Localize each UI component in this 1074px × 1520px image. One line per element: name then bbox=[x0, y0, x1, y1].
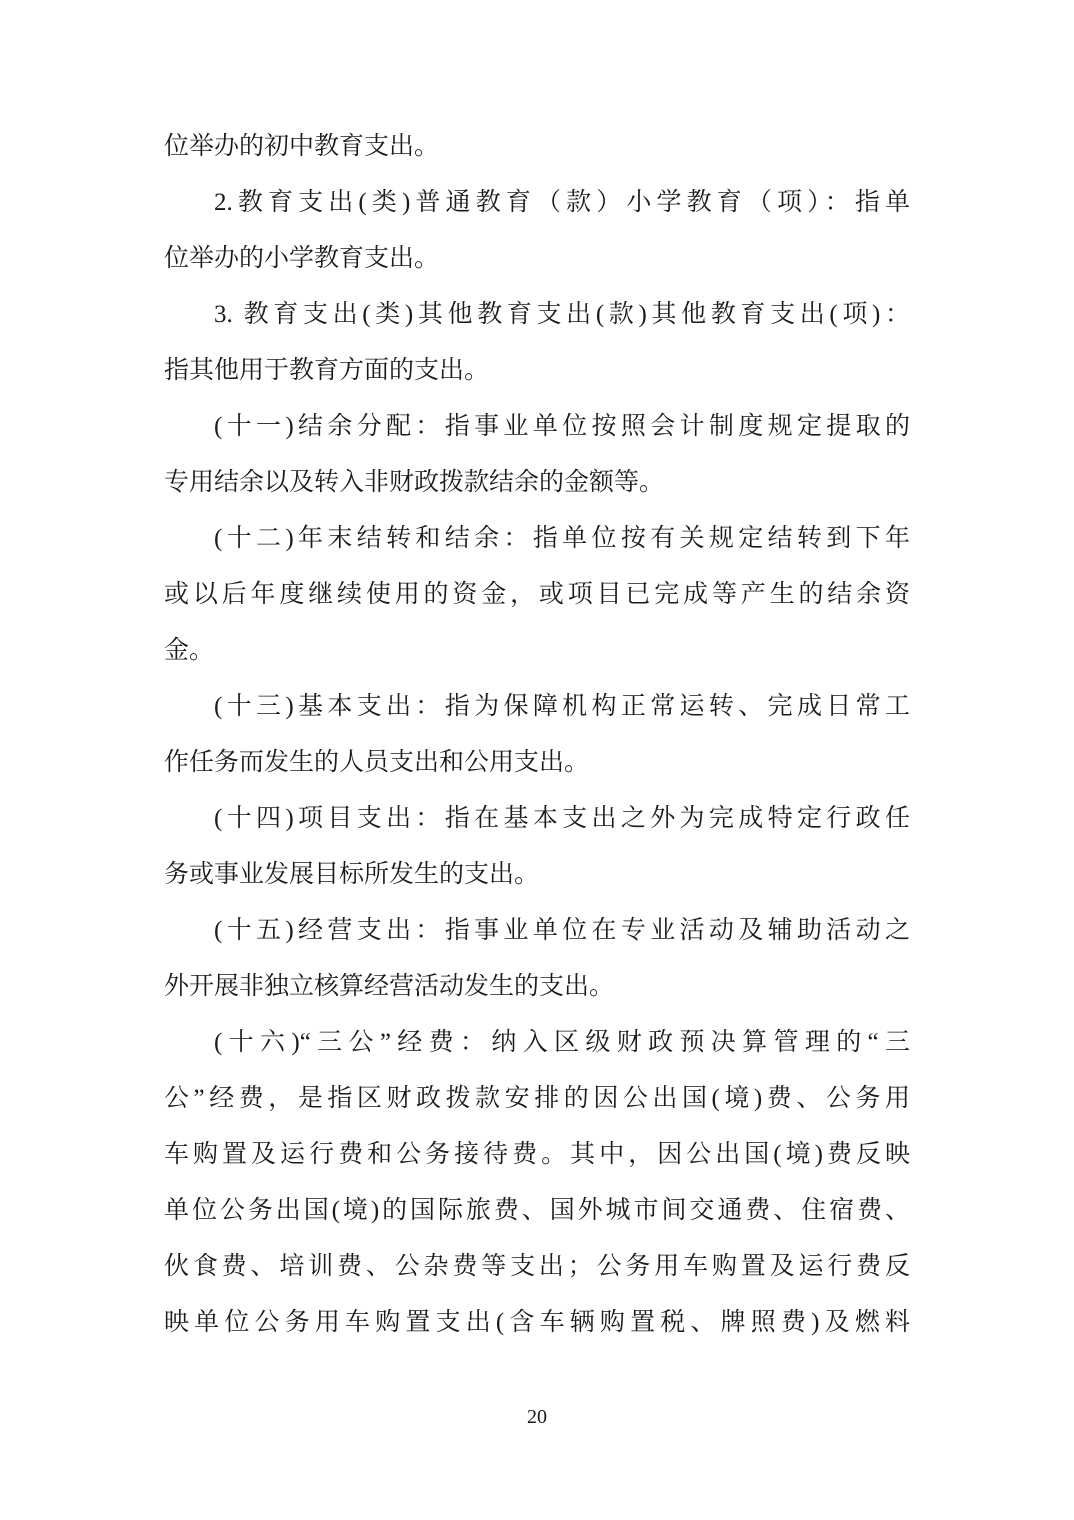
paragraph: (十一)结余分配：指事业单位按照会计制度规定提取的专用结余以及转入非财政拨款结余… bbox=[164, 399, 910, 511]
paragraph: (十三)基本支出：指为保障机构正常运转、完成日常工作任务而发生的人员支出和公用支… bbox=[164, 679, 910, 791]
text-line: 3. 教育支出(类)其他教育支出(款)其他教育支出(项)： bbox=[164, 287, 910, 343]
text-line: 务或事业发展目标所发生的支出。 bbox=[164, 847, 910, 903]
text-line: 专用结余以及转入非财政拨款结余的金额等。 bbox=[164, 455, 910, 511]
text-line: 单位公务出国(境)的国际旅费、国外城市间交通费、住宿费、 bbox=[164, 1183, 910, 1239]
paragraph: 位举办的初中教育支出。 bbox=[164, 119, 910, 175]
text-line: (十二)年末结转和结余：指单位按有关规定结转到下年 bbox=[164, 511, 910, 567]
text-line: (十一)结余分配：指事业单位按照会计制度规定提取的 bbox=[164, 399, 910, 455]
text-line: (十六)“三公”经费：纳入区级财政预决算管理的“三 bbox=[164, 1015, 910, 1071]
paragraph: (十二)年末结转和结余：指单位按有关规定结转到下年或以后年度继续使用的资金，或项… bbox=[164, 511, 910, 679]
text-line: 金。 bbox=[164, 623, 910, 679]
text-line: (十五)经营支出：指事业单位在专业活动及辅助活动之 bbox=[164, 903, 910, 959]
text-line: 映单位公务用车购置支出(含车辆购置税、牌照费)及燃料 bbox=[164, 1295, 910, 1351]
text-line: 或以后年度继续使用的资金，或项目已完成等产生的结余资 bbox=[164, 567, 910, 623]
page-footer: 20 bbox=[0, 1402, 1074, 1432]
text-line: (十三)基本支出：指为保障机构正常运转、完成日常工 bbox=[164, 679, 910, 735]
text-line: 作任务而发生的人员支出和公用支出。 bbox=[164, 735, 910, 791]
paragraph: 3. 教育支出(类)其他教育支出(款)其他教育支出(项)：指其他用于教育方面的支… bbox=[164, 287, 910, 399]
page-number: 20 bbox=[527, 1406, 547, 1428]
paragraph: (十五)经营支出：指事业单位在专业活动及辅助活动之外开展非独立核算经营活动发生的… bbox=[164, 903, 910, 1015]
text-line: 公”经费，是指区财政拨款安排的因公出国(境)费、公务用 bbox=[164, 1071, 910, 1127]
text-line: (十四)项目支出：指在基本支出之外为完成特定行政任 bbox=[164, 791, 910, 847]
paragraph: (十四)项目支出：指在基本支出之外为完成特定行政任务或事业发展目标所发生的支出。 bbox=[164, 791, 910, 903]
text-line: 指其他用于教育方面的支出。 bbox=[164, 343, 910, 399]
paragraph: 2.教育支出(类)普通教育（款）小学教育（项）：指单位举办的小学教育支出。 bbox=[164, 175, 910, 287]
text-line: 2.教育支出(类)普通教育（款）小学教育（项）：指单 bbox=[164, 175, 910, 231]
text-line: 伙食费、培训费、公杂费等支出；公务用车购置及运行费反 bbox=[164, 1239, 910, 1295]
text-line: 车购置及运行费和公务接待费。其中，因公出国(境)费反映 bbox=[164, 1127, 910, 1183]
text-line: 位举办的小学教育支出。 bbox=[164, 231, 910, 287]
text-line: 位举办的初中教育支出。 bbox=[164, 119, 910, 175]
document-body: 位举办的初中教育支出。2.教育支出(类)普通教育（款）小学教育（项）：指单位举办… bbox=[164, 119, 910, 1351]
text-line: 外开展非独立核算经营活动发生的支出。 bbox=[164, 959, 910, 1015]
document-page: 位举办的初中教育支出。2.教育支出(类)普通教育（款）小学教育（项）：指单位举办… bbox=[0, 0, 1074, 1520]
paragraph: (十六)“三公”经费：纳入区级财政预决算管理的“三公”经费，是指区财政拨款安排的… bbox=[164, 1015, 910, 1351]
